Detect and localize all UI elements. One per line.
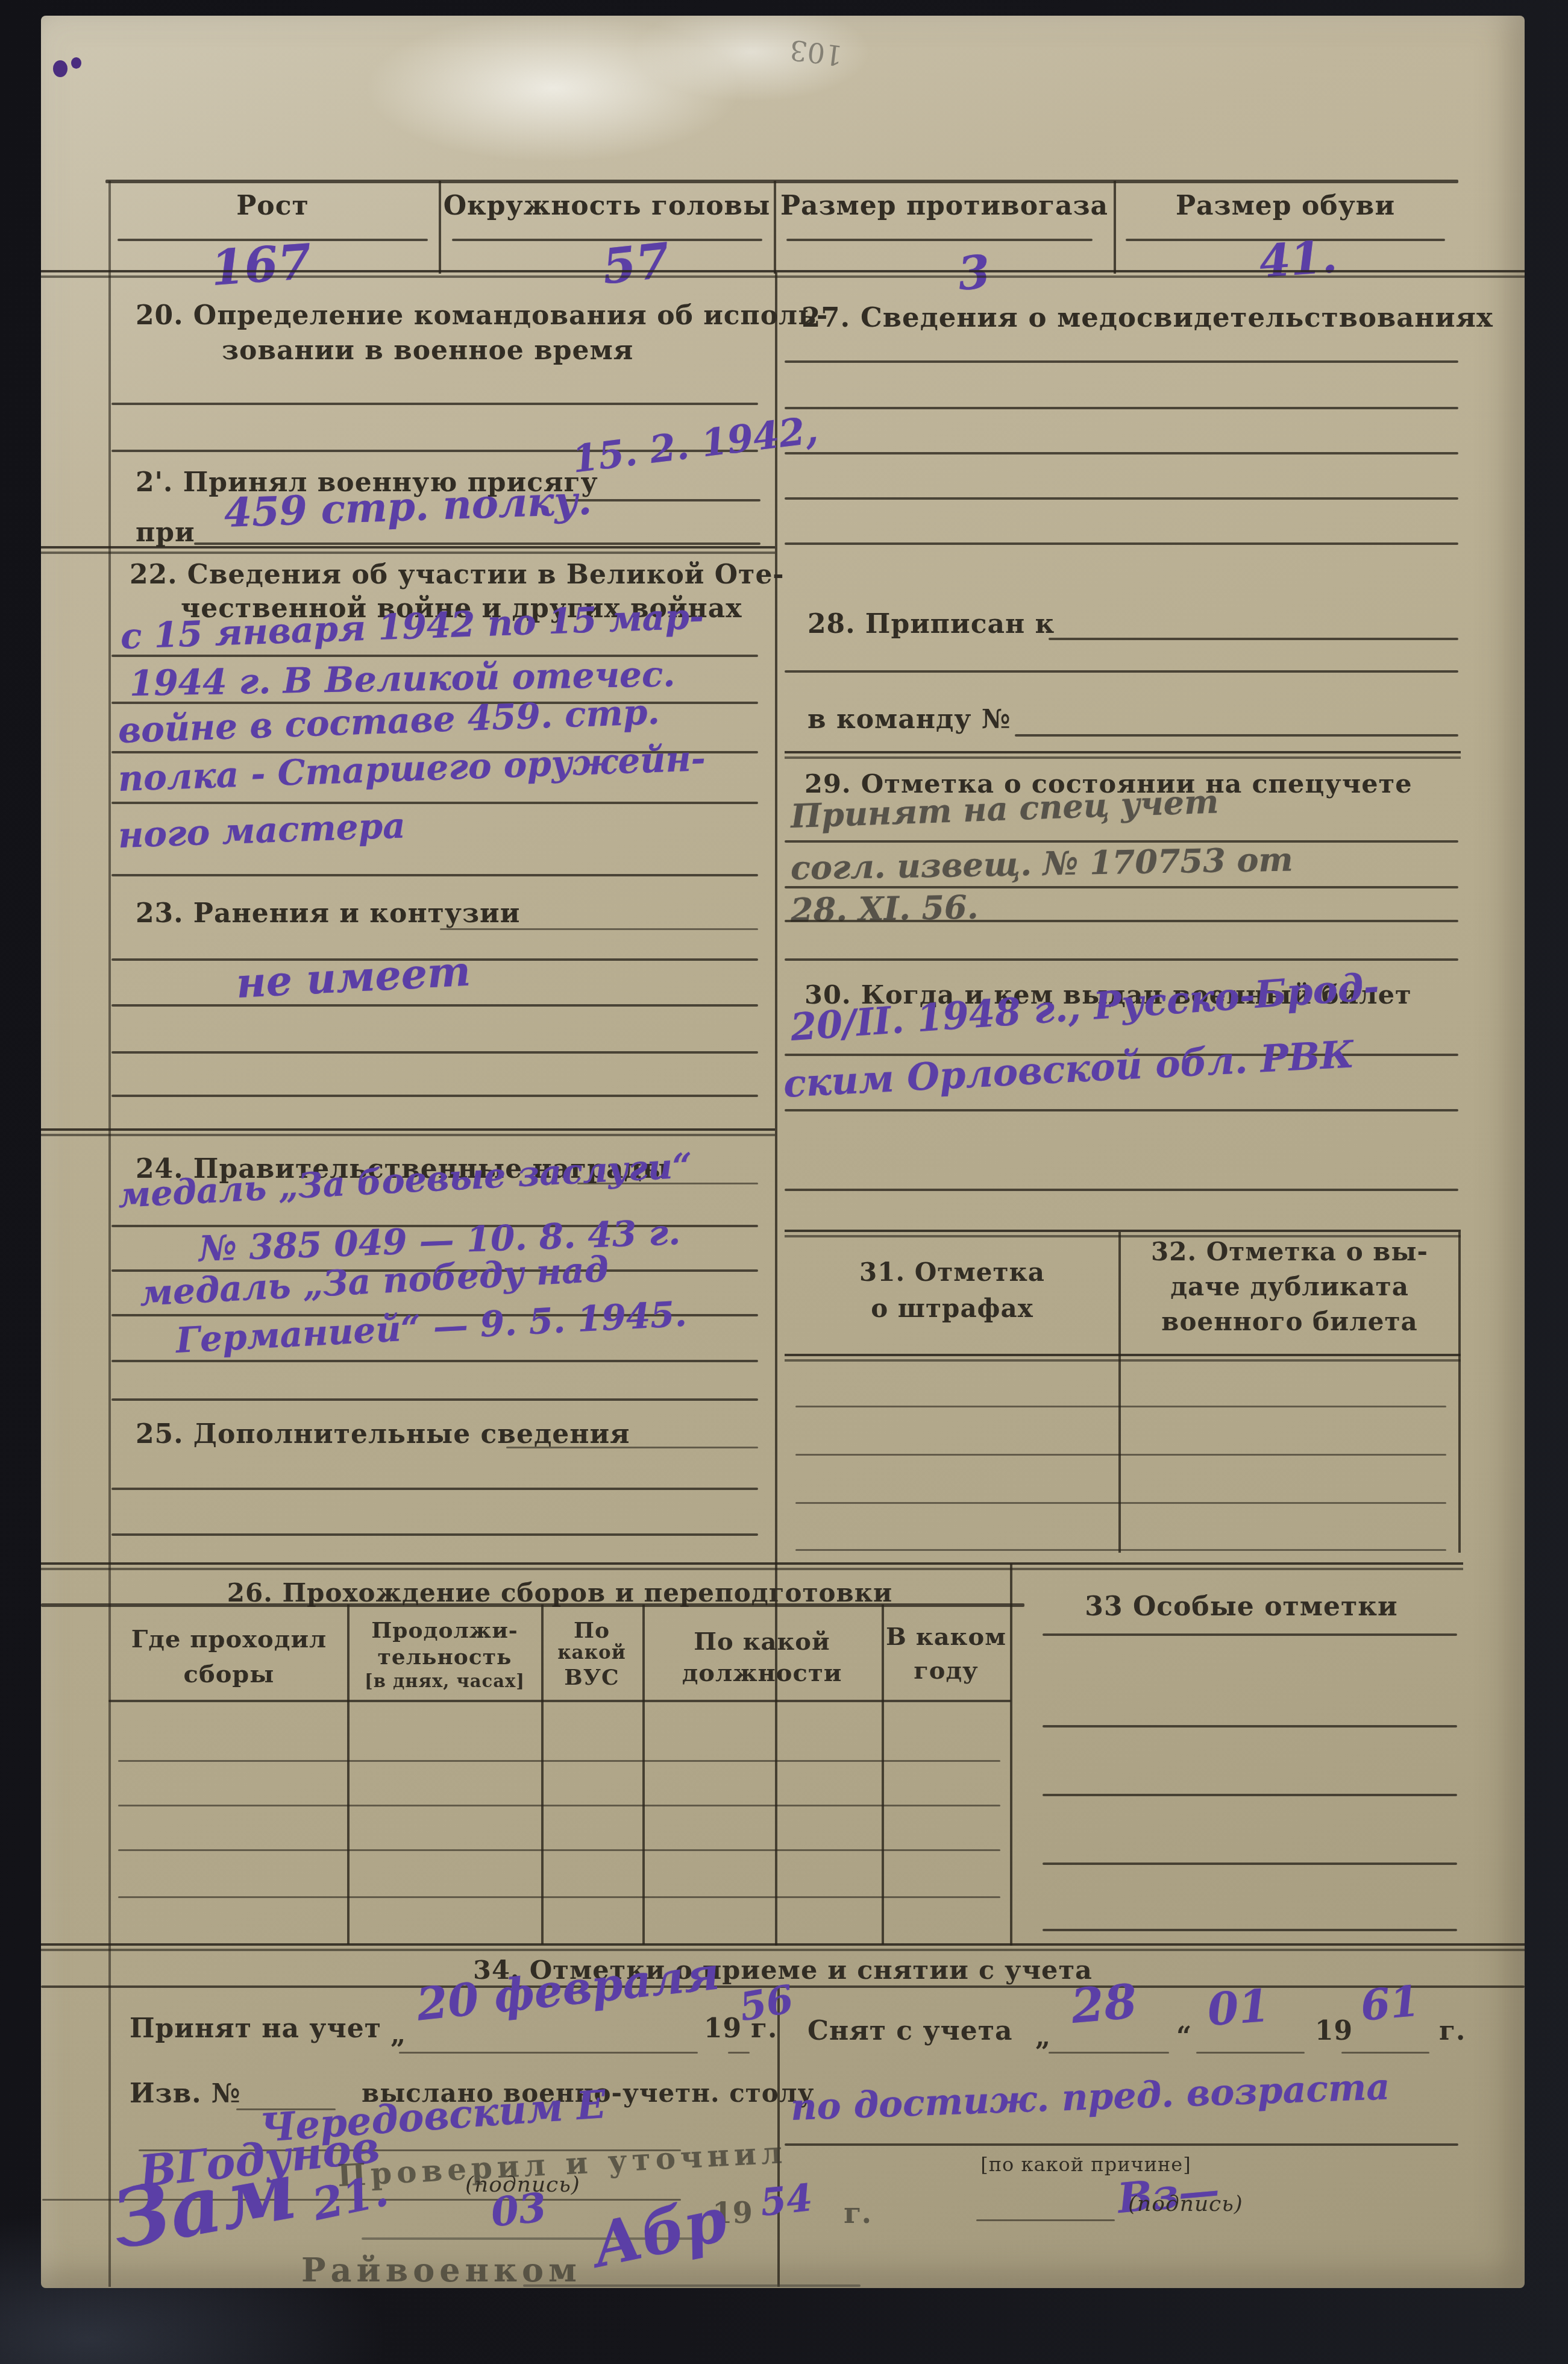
field-33-title: 33 Особые отметки	[1024, 1591, 1458, 1622]
rule-line	[111, 1360, 758, 1362]
table-row-line	[795, 1549, 1446, 1551]
ink-dot	[53, 60, 67, 77]
check-date-month: 03	[489, 2184, 549, 2236]
col-header-year: году	[883, 1656, 1009, 1685]
section-divider	[41, 270, 1525, 278]
field-28-label: 28. Приписан к	[808, 609, 1055, 640]
rule-line	[506, 1447, 758, 1448]
rule-line	[785, 360, 1458, 363]
col-header-duration: Продолжи-	[350, 1618, 540, 1643]
rule-line	[194, 542, 760, 545]
rule-line	[111, 403, 758, 405]
rule-line	[440, 928, 758, 930]
field-21-at-label: при	[136, 517, 195, 548]
rule-line	[785, 958, 1458, 961]
value-head: 57	[600, 232, 673, 295]
rule-line	[785, 920, 1458, 922]
rule-line	[785, 497, 1458, 500]
col-header-position: должности	[644, 1659, 880, 1687]
table-row-line	[795, 1502, 1446, 1504]
col-header-place: сборы	[112, 1660, 346, 1688]
table-border	[439, 181, 441, 274]
value-rost: 167	[209, 233, 313, 296]
field-25-title: 25. Дополнительные сведения	[136, 1419, 630, 1450]
rule-line	[111, 1398, 758, 1401]
column-divider	[775, 272, 777, 1946]
field-32-title: даче дубликата	[1123, 1272, 1456, 1301]
col-header-vus: По	[542, 1618, 641, 1643]
table-border	[105, 180, 1458, 183]
check-date-year: 54	[758, 2175, 814, 2225]
rule-line	[1043, 1725, 1457, 1727]
rule-line	[785, 407, 1458, 409]
table-border	[785, 1354, 1461, 1362]
stamp-rule-line	[523, 2284, 861, 2287]
corner-pencil-note: 103	[788, 33, 845, 72]
deregistered-year: 61	[1358, 1976, 1421, 2031]
registered-label: Принят на учет	[130, 2013, 381, 2044]
section-divider	[41, 546, 775, 554]
col-header-year: В каком	[883, 1623, 1009, 1651]
deregistered-month: 01	[1206, 1980, 1272, 2036]
rule-line	[785, 886, 1458, 888]
rule-line	[785, 542, 1458, 545]
table-border	[108, 1700, 1011, 1702]
table-row-line	[795, 1454, 1446, 1456]
quote-mark: „	[1035, 2022, 1051, 2052]
rule-line	[1043, 1863, 1457, 1865]
year-prefix: 19	[1315, 2016, 1353, 2046]
stamp-rayvoyenkom: Райвоенком	[301, 2251, 582, 2289]
year-suffix: г.	[751, 2013, 777, 2044]
rule-line	[1196, 2052, 1305, 2054]
rule-line	[786, 239, 1093, 241]
table-border	[1114, 181, 1116, 274]
value-shoes: 41.	[1258, 231, 1338, 288]
col-header-duration: [в днях, часах]	[350, 1671, 540, 1691]
table-row-line	[118, 1849, 1000, 1851]
table-row-line	[118, 1896, 1000, 1898]
table-border	[1010, 1564, 1012, 1946]
rule-line	[565, 499, 760, 501]
table-border	[774, 181, 776, 274]
col-header-gasmask: Размер противогаза	[777, 190, 1112, 221]
section-divider	[41, 1562, 1463, 1570]
rule-line	[785, 452, 1458, 454]
deregistered-day: 28	[1069, 1974, 1139, 2034]
rule-line	[785, 840, 1458, 843]
year-suffix: г.	[1439, 2016, 1466, 2046]
izv-label: Изв. №	[130, 2078, 241, 2109]
col-header-rost: Рост	[108, 190, 437, 221]
table-row-line	[118, 1805, 1000, 1806]
scanned-military-card-page: 103 Рост Окружность головы Размер против…	[0, 0, 1568, 2364]
field-22-title: 22. Сведения об участии в Великой Оте-	[130, 559, 785, 590]
podpis-label: (подпись)	[1128, 2192, 1243, 2216]
table-border	[1458, 1232, 1461, 1553]
rule-line	[1049, 638, 1458, 640]
field-32-title: 32. Отметка о вы-	[1123, 1237, 1456, 1266]
quote-mark: „	[390, 2019, 406, 2050]
field-27-title: 27. Сведения о медосвидетельствованиях	[801, 301, 1493, 333]
rule-line	[111, 1488, 758, 1490]
ink-dot	[71, 57, 81, 69]
section-divider	[41, 1128, 775, 1136]
rule-line	[1043, 1794, 1457, 1796]
table-border	[41, 1603, 1024, 1607]
rule-line	[976, 2219, 1115, 2221]
rule-line	[1341, 2052, 1429, 2054]
section-divider	[785, 751, 1461, 759]
rule-line	[399, 2052, 698, 2054]
field-31-title: 31. Отметка	[789, 1257, 1115, 1287]
rule-line	[111, 802, 758, 804]
rule-line	[1049, 2052, 1169, 2054]
quote-mark: “	[1176, 2022, 1192, 2052]
table-border	[1118, 1232, 1121, 1553]
col-header-duration: тельность	[350, 1644, 540, 1670]
table-row-line	[795, 1406, 1446, 1407]
rule-line	[111, 874, 758, 876]
year-prefix: 19	[704, 2013, 742, 2044]
field-32-title: военного билета	[1123, 1307, 1456, 1336]
rule-line	[785, 2143, 1458, 2146]
rule-line	[1043, 1929, 1457, 1931]
field-20-title: зовании в военное время	[222, 335, 633, 366]
col-header-position: По какой	[644, 1627, 880, 1656]
col-header-vus: ВУС	[542, 1665, 641, 1690]
rule-line	[1043, 1633, 1457, 1636]
field-29-entry: 28. XI. 56.	[790, 888, 979, 929]
rule-line	[785, 1189, 1458, 1191]
rule-line	[111, 1051, 758, 1054]
rule-line	[111, 1533, 758, 1536]
col-header-head: Окружность головы	[442, 190, 772, 221]
table-border	[882, 1605, 884, 1944]
field-23-title: 23. Ранения и контузии	[136, 898, 520, 929]
rule-line	[728, 2052, 750, 2054]
field-28-team-label: в команду №	[808, 704, 1011, 735]
rule-line	[1015, 734, 1458, 737]
rule-line	[111, 1095, 758, 1097]
col-header-vus: какой	[542, 1642, 641, 1664]
rule-line	[785, 1109, 1458, 1111]
col-header-shoes: Размер обуви	[1117, 190, 1454, 221]
section-divider	[41, 1943, 1525, 1951]
rule-line	[111, 1004, 758, 1007]
field-20-title: 20. Определение командования об исполь-	[136, 300, 828, 331]
cause-label: [по какой причине]	[785, 2153, 1387, 2176]
deregistered-label: Снят с учета	[808, 2016, 1013, 2046]
check-date-year-suffix: г.	[844, 2196, 871, 2230]
col-header-place: Где проходил	[112, 1625, 346, 1653]
table-row-line	[118, 1760, 1000, 1762]
rule-line	[785, 670, 1458, 673]
field-31-title: о штрафах	[789, 1294, 1115, 1323]
